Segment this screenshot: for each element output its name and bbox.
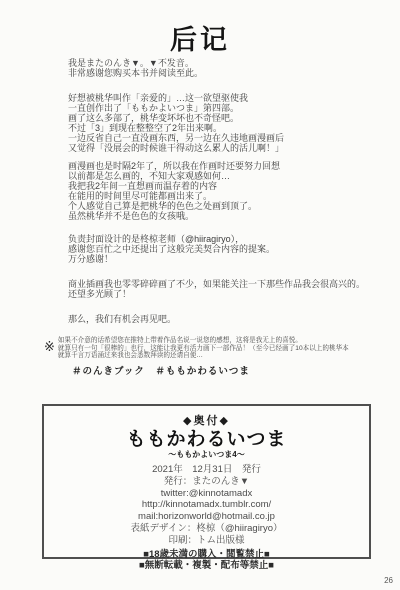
text-line: 在能用的时间里尽可能都画出来了。 — [68, 191, 374, 201]
footnote-text: 如果不介意的话希望您在推特上带着作品名说一说您的感想，这将是我无上的喜悦。 就算… — [58, 337, 349, 360]
text-line: 商业插画我也零零碎碎画了不少，如果能关注一下那些作品我会很高兴的。 — [68, 279, 374, 289]
text-line: 就算千言万语涌过来我也会悉数拜读的还请自便… — [58, 352, 349, 360]
afterword-paragraph: 负责封面设计的是柊椋老师（@hiiragiryo）， 感谢您百忙之中还提出了这般… — [68, 234, 374, 264]
book-title: ももかわるいつま — [44, 429, 369, 450]
publish-date: 2021年 12月31日 発行 — [44, 464, 369, 476]
text-line: 不过「3」到现在整整空了2年出来啊。 — [68, 123, 374, 133]
page-title: 后记 — [0, 18, 400, 57]
afterword-body: 我是またのんき▼。▼不发音。 非常感谢您购买本书并阅读至此。 好想被桃华叫作「亲… — [68, 58, 374, 324]
text-line: 以前都是怎么画的，不知大家观感如何… — [68, 171, 374, 181]
text-line: 好想被桃华叫作「亲爱的」…这一欲望驱使我 — [68, 93, 374, 103]
text-line: 个人感觉自己算是把桃华的色色之处画到顶了。 — [68, 201, 374, 211]
text-line: 画了这么多部了，桃华变坏坏也不奇怪吧。 — [68, 113, 374, 123]
book-subtitle: 〜ももかよいつま4〜 — [44, 450, 369, 459]
text-line: 负责封面设计的是柊椋老师（@hiiragiryo）， — [68, 234, 374, 244]
text-line: 万分感谢！ — [68, 254, 374, 264]
website-url: http://kinnotamadx.tumblr.com/ — [44, 499, 369, 511]
text-line: 画漫画也是时隔2年了，所以我在作画时还要努力回想 — [68, 161, 374, 171]
afterword-paragraph: 画漫画也是时隔2年了，所以我在作画时还要努力回想 以前都是怎么画的，不知大家观感… — [68, 161, 374, 221]
reference-mark-icon: ※ — [44, 340, 55, 354]
afterword-paragraph: 商业插画我也零零碎碎画了不少，如果能关注一下那些作品我会很高兴的。 还望多光顾了… — [68, 279, 374, 299]
text-line: 非常感谢您购买本书并阅读至此。 — [68, 68, 374, 78]
age-warning: ■18歳未満の購入・閲覧禁止■ — [44, 549, 369, 561]
colophon-details: 2021年 12月31日 発行 発行：またのんき▼ twitter:@kinno… — [44, 464, 369, 547]
colophon-heading: ◆奥付◆ — [44, 415, 369, 428]
afterword-paragraph: 好想被桃华叫作「亲爱的」…这一欲望驱使我 一直创作出了「ももかよいつま」第四部。… — [68, 93, 374, 153]
text-line: 那么，我们有机会再见吧。 — [68, 314, 374, 324]
footnote: ※ 如果不介意的话希望您在推特上带着作品名说一说您的感想，这将是我无上的喜悦。 … — [44, 337, 386, 360]
text-line: 如果不介意的话希望您在推特上带着作品名说一说您的感想，这将是我无上的喜悦。 — [58, 337, 349, 345]
printer: 印刷：トム出版様 — [44, 535, 369, 547]
hashtags: ＃のんきブック ＃ももかわるいつま — [72, 363, 250, 377]
copyright-warning: ■無断転載・複製・配布等禁止■ — [44, 560, 369, 572]
text-line: 感谢您百忙之中还提出了这般完美契合内容的提案。 — [68, 244, 374, 254]
text-line: 虽然桃华并不是色色的女孩哦。 — [68, 211, 374, 221]
afterword-paragraph: 那么，我们有机会再见吧。 — [68, 314, 374, 324]
text-line: 还望多光顾了！ — [68, 289, 374, 299]
cover-designer: 表紙デザイン：柊椋（@hiiragiryo） — [44, 523, 369, 535]
afterword-paragraph: 我是またのんき▼。▼不发音。 非常感谢您购买本书并阅读至此。 — [68, 58, 374, 78]
text-line: 我是またのんき▼。▼不发音。 — [68, 58, 374, 68]
text-line: 一边反省自己一直没画东西，另一边在久违地画漫画后 — [68, 133, 374, 143]
text-line: 又觉得「没展会的时候谁干得动这么累人的活儿啊！」 — [68, 143, 374, 153]
colophon-box: ◆奥付◆ ももかわるいつま 〜ももかよいつま4〜 2021年 12月31日 発行… — [42, 404, 371, 559]
page-number: 26 — [384, 576, 393, 585]
text-line: 一直创作出了「ももかよいつま」第四部。 — [68, 103, 374, 113]
email-address: mail:horizonworld@hotmail.co.jp — [44, 511, 369, 523]
afterword-page: 后记 我是またのんき▼。▼不发音。 非常感谢您购买本书并阅读至此。 好想被桃华叫… — [0, 0, 400, 590]
twitter-handle: twitter:@kinnotamadx — [44, 488, 369, 500]
colophon-warnings: ■18歳未満の購入・閲覧禁止■ ■無断転載・複製・配布等禁止■ — [44, 549, 369, 572]
text-line: 我把我2年间一直想画而温存着的内容 — [68, 181, 374, 191]
publisher: 発行：またのんき▼ — [44, 476, 369, 488]
